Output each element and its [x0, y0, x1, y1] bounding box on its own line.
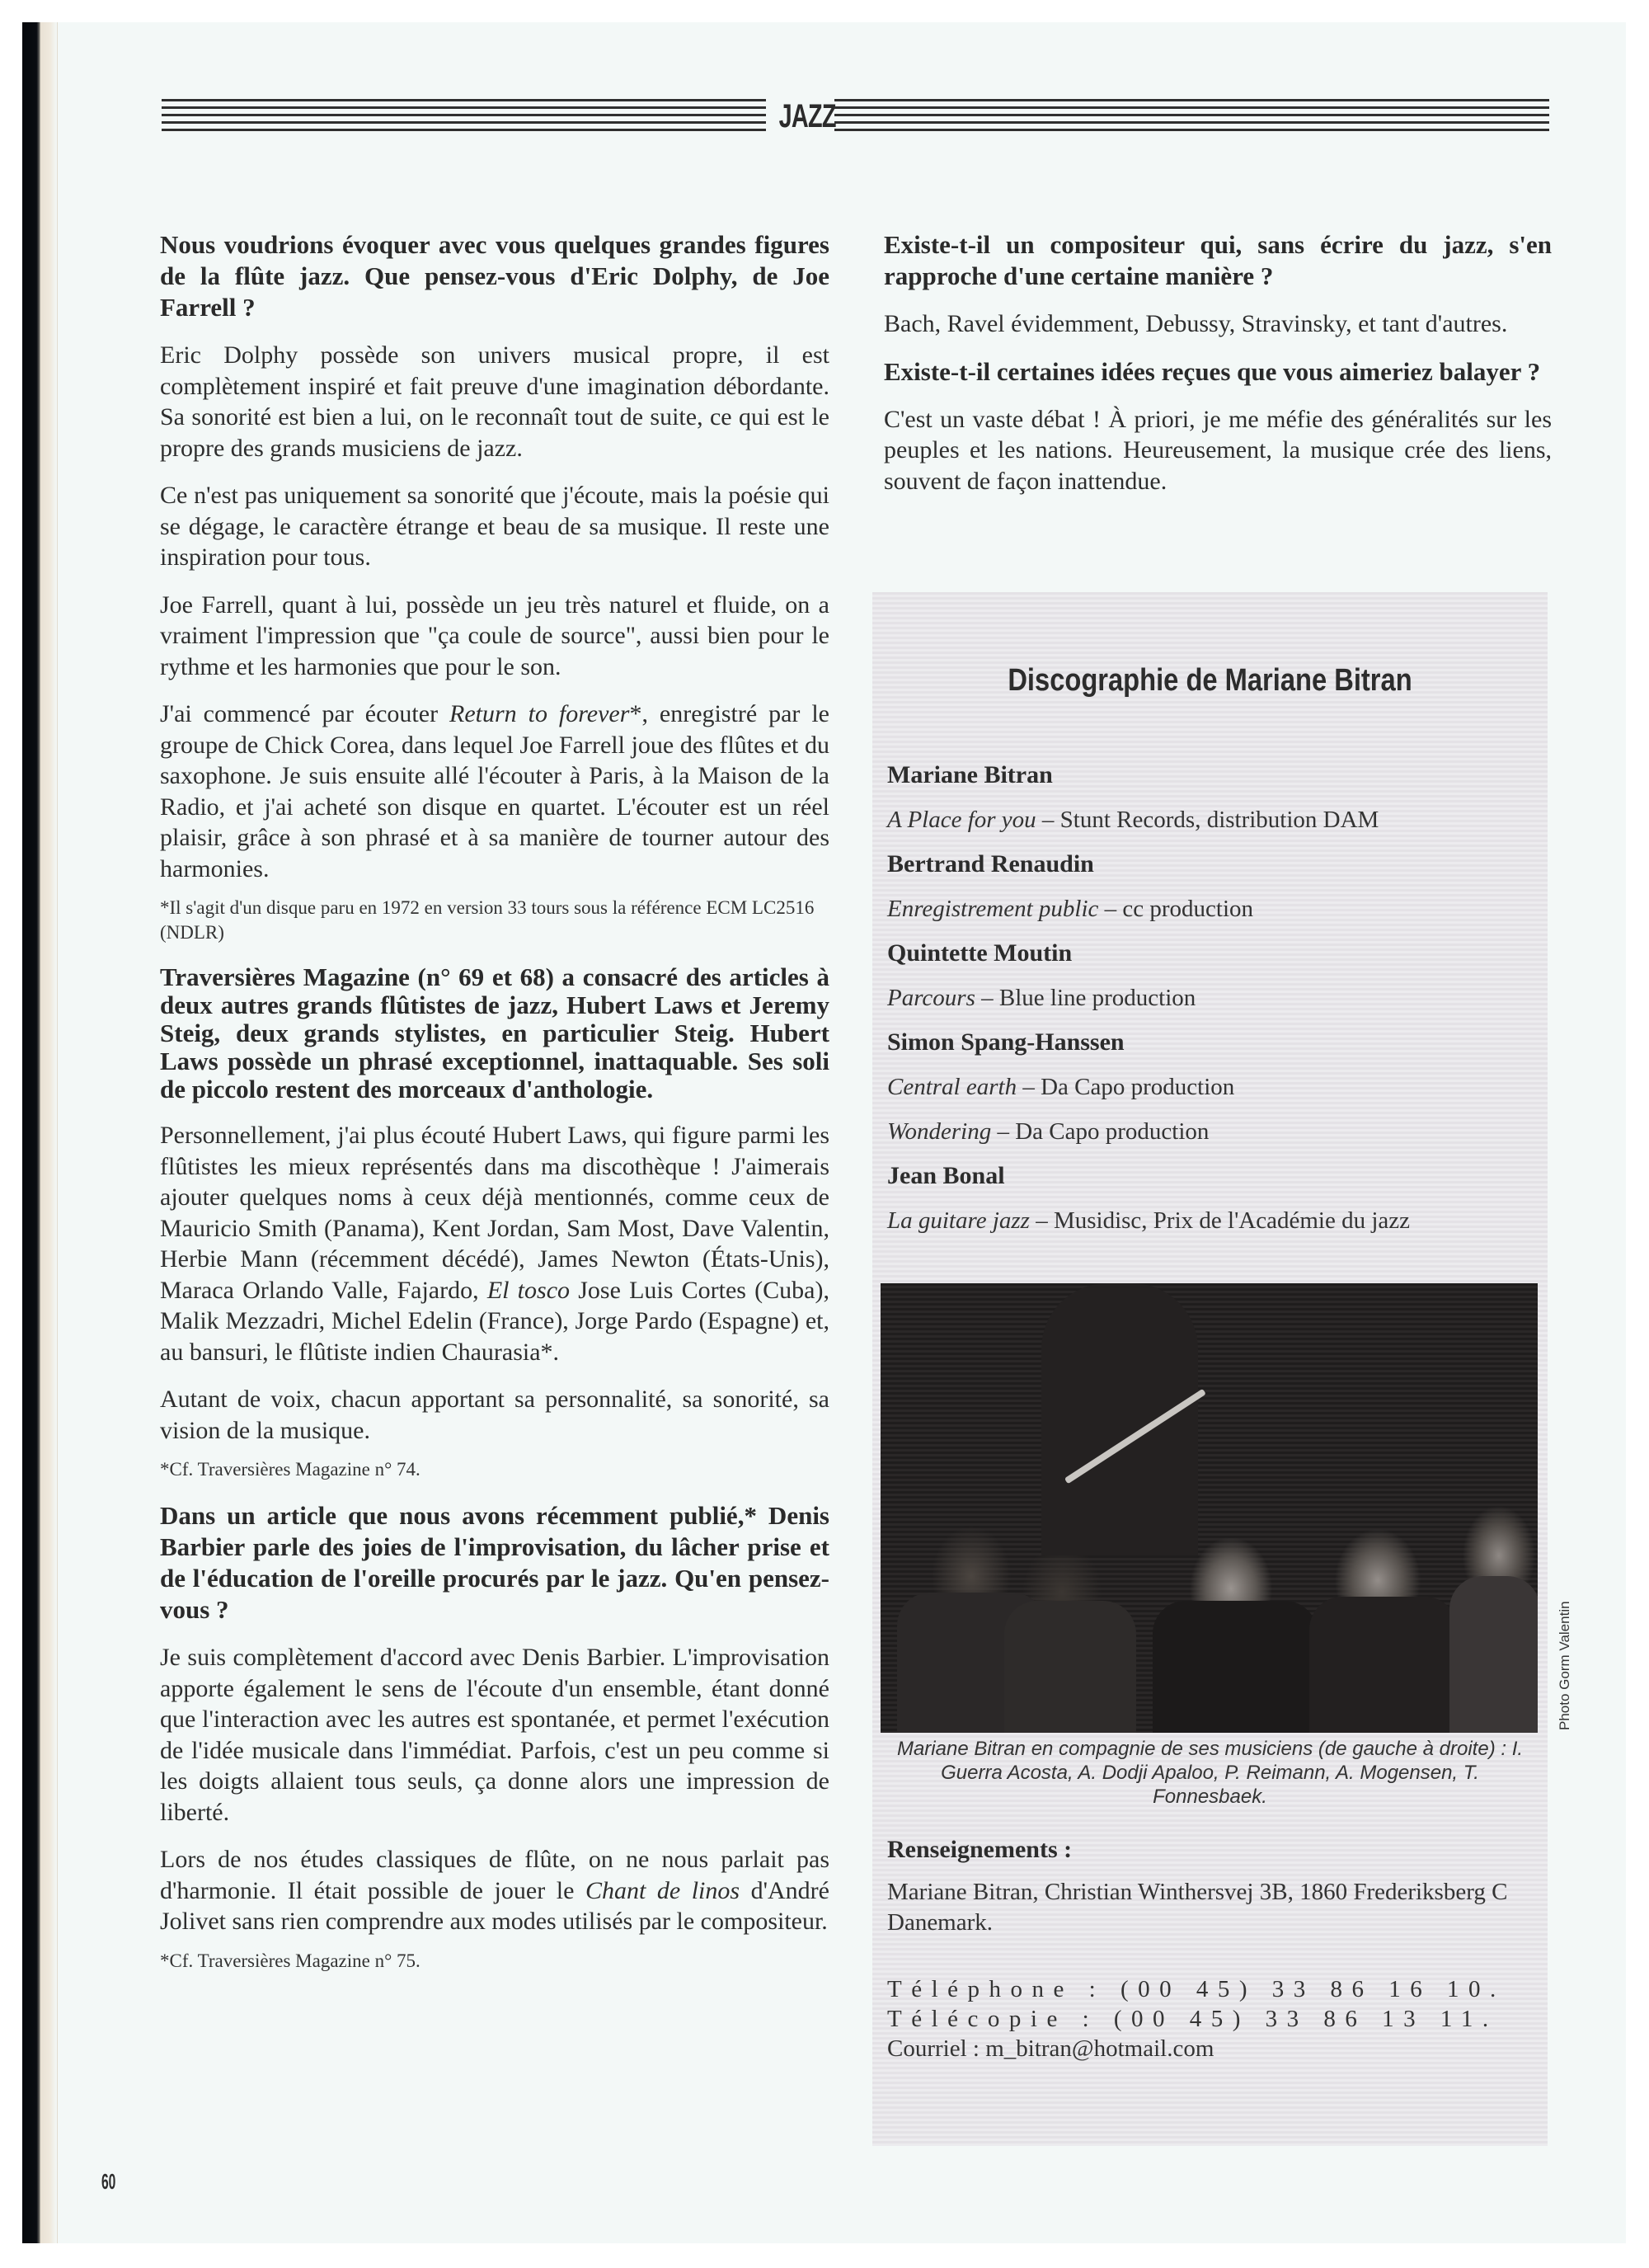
page-binding-edge — [40, 22, 58, 2243]
right-column: Existe-t-il un compositeur qui, sans écr… — [884, 229, 1552, 513]
staff-lines-left — [162, 99, 766, 134]
left-column: Nous voudrions évoquer avec vous quelque… — [160, 229, 829, 1992]
work-title: Chant de linos — [585, 1877, 740, 1904]
interview-question: Existe-t-il certaines idées reçues que v… — [884, 356, 1552, 388]
discography-album: Central earth – Da Capo production — [887, 1072, 1539, 1102]
info-heading: Renseignements : — [887, 1836, 1072, 1864]
footnote: *Il s'agit d'un disque paru en 1972 en v… — [160, 896, 829, 945]
discography-album: Enregistrement public – cc production — [887, 894, 1539, 924]
photo-caption: Mariane Bitran en compagnie de ses music… — [890, 1737, 1529, 1809]
page-binding — [22, 22, 40, 2243]
discography-artist: Mariane Bitran — [887, 760, 1539, 790]
interview-question: Existe-t-il un compositeur qui, sans écr… — [884, 229, 1552, 292]
interview-question: Traversières Magazine (n° 69 et 68) a co… — [160, 963, 829, 1103]
contact-fax: Télécopie : (00 45) 33 86 13 11. — [887, 2006, 1498, 2033]
staff-lines-right — [834, 99, 1549, 134]
interview-answer: Eric Dolphy possède son univers musical … — [160, 340, 829, 463]
contact-email: Courriel : m_bitran@hotmail.com — [887, 2035, 1214, 2063]
discography-title: Discographie de Mariane Bitran — [919, 663, 1500, 699]
interview-question: Dans un article que nous avons récemment… — [160, 1500, 829, 1626]
band-photo — [881, 1283, 1538, 1733]
interview-answer: Lors de nos études classiques de flûte, … — [160, 1844, 829, 1937]
discography-list: Mariane Bitran A Place for you – Stunt R… — [887, 760, 1539, 1250]
discography-album: La guitare jazz – Musidisc, Prix de l'Ac… — [887, 1206, 1539, 1235]
discography-artist: Quintette Moutin — [887, 939, 1539, 968]
page-number: 60 — [101, 2169, 115, 2195]
interview-answer: Bach, Ravel évidemment, Debussy, Stravin… — [884, 308, 1552, 340]
interview-answer: Personnellement, j'ai plus écouté Hubert… — [160, 1120, 829, 1367]
interview-answer: Je suis complètement d'accord avec Denis… — [160, 1642, 829, 1828]
interview-question: Nous voudrions évoquer avec vous quelque… — [160, 229, 829, 323]
discography-box: Discographie de Mariane Bitran Mariane B… — [872, 592, 1548, 2146]
nickname: El tosco — [487, 1277, 570, 1304]
discography-album: Parcours – Blue line production — [887, 983, 1539, 1013]
interview-answer: J'ai commencé par écouter Return to fore… — [160, 699, 829, 884]
discography-artist: Jean Bonal — [887, 1161, 1539, 1191]
contact-telephone: Téléphone : (00 45) 33 86 16 10. — [887, 1976, 1506, 2003]
photo-credit: Photo Gorm Valentin — [1557, 1601, 1573, 1730]
footnote: *Cf. Traversières Magazine n° 75. — [160, 1949, 829, 1974]
discography-artist: Bertrand Renaudin — [887, 849, 1539, 879]
discography-artist: Simon Spang-Hanssen — [887, 1028, 1539, 1057]
section-header: JAZZ — [162, 99, 1549, 134]
contact-address: Mariane Bitran, Christian Winthersvej 3B… — [887, 1877, 1539, 1938]
album-title: Return to forever — [449, 700, 629, 727]
interview-answer: Autant de voix, chacun apportant sa pers… — [160, 1384, 829, 1446]
discography-album: Wondering – Da Capo production — [887, 1117, 1539, 1146]
discography-album: A Place for you – Stunt Records, distrib… — [887, 805, 1539, 835]
interview-answer: Ce n'est pas uniquement sa sonorité que … — [160, 480, 829, 573]
interview-answer: C'est un vaste débat ! À priori, je me m… — [884, 404, 1552, 497]
footnote: *Cf. Traversières Magazine n° 74. — [160, 1457, 829, 1482]
section-label: JAZZ — [779, 96, 824, 137]
interview-answer: Joe Farrell, quant à lui, possède un jeu… — [160, 590, 829, 683]
